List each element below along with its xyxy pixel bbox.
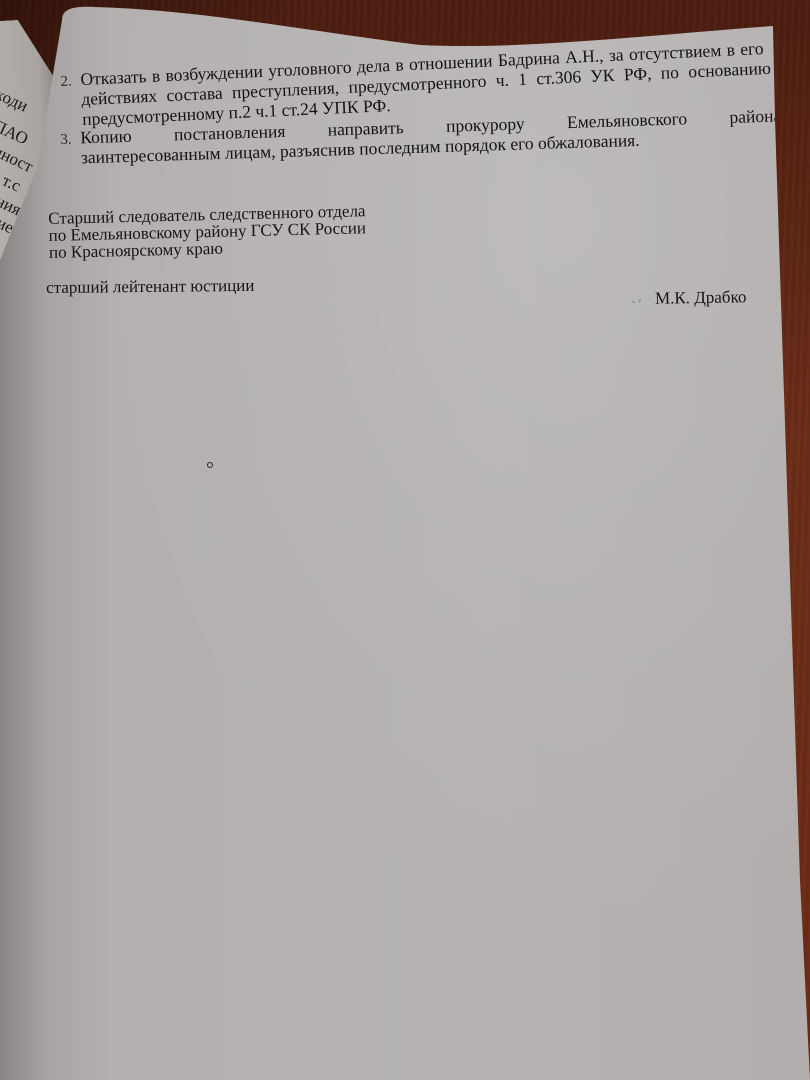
item-number: 3. [60, 132, 72, 149]
rank-line: старший лейтенант юстиции [46, 276, 255, 298]
document-page: 2. Отказать в возбуждении уголовного дел… [0, 0, 810, 1080]
signer-name: М.К. Драбко [655, 287, 747, 309]
item-number: 2. [60, 73, 72, 90]
signature-mark: ˛ ᵧ [632, 292, 641, 304]
back-page-fragment: риходи [0, 77, 31, 117]
signature-block: Старший следователь следственного отдела… [48, 202, 367, 261]
stray-mark [207, 462, 213, 468]
